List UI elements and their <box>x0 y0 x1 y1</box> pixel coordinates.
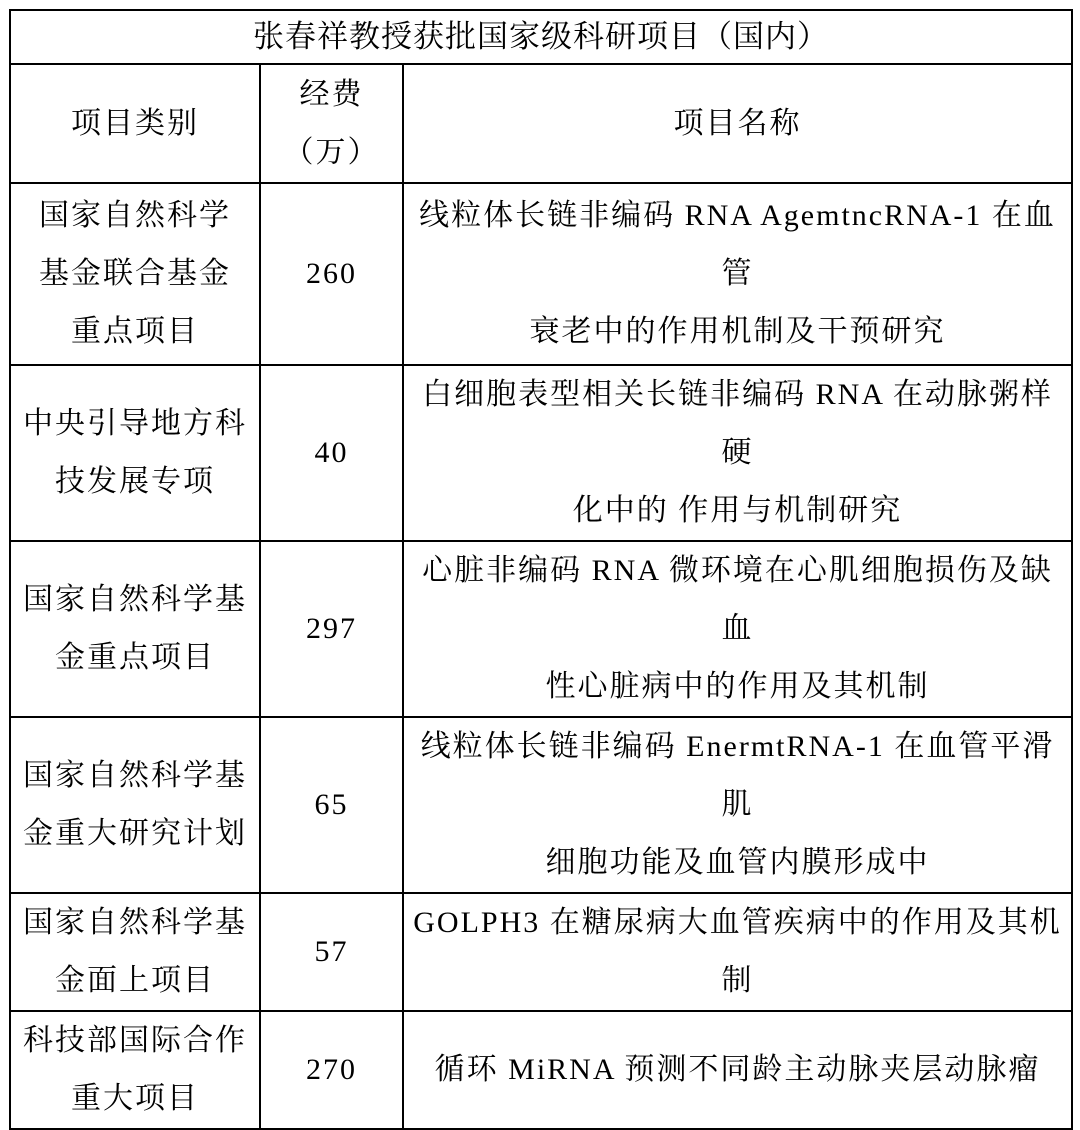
table-header-row: 项目类别 经费 （万） 项目名称 <box>10 64 1072 183</box>
category-cell: 国家自然科学基 金重大研究计划 <box>10 717 260 893</box>
category-cell: 中央引导地方科 技发展专项 <box>10 365 260 541</box>
project-name-cell: 线粒体长链非编码 EnermtRNA-1 在血管平滑肌 细胞功能及血管内膜形成中 <box>403 717 1072 893</box>
funding-cell: 57 <box>260 893 403 1011</box>
funding-cell: 270 <box>260 1011 403 1129</box>
header-project-name: 项目名称 <box>403 64 1072 183</box>
table-row: 中央引导地方科 技发展专项 40 白细胞表型相关长链非编码 RNA 在动脉粥样硬… <box>10 365 1072 541</box>
table-row: 科技部国际合作 重大项目 270 循环 MiRNA 预测不同龄主动脉夹层动脉瘤 <box>10 1011 1072 1129</box>
funding-cell: 40 <box>260 365 403 541</box>
project-name-cell: GOLPH3 在糖尿病大血管疾病中的作用及其机制 <box>403 893 1072 1011</box>
project-name-cell: 白细胞表型相关长链非编码 RNA 在动脉粥样硬 化中的 作用与机制研究 <box>403 365 1072 541</box>
document-page: 张春祥教授获批国家级科研项目（国内） 项目类别 经费 （万） 项目名称 国家自然… <box>0 0 1080 979</box>
project-name-cell: 线粒体长链非编码 RNA AgemtncRNA-1 在血管 衰老中的作用机制及干… <box>403 183 1072 365</box>
table-row: 国家自然科学基 金重大研究计划 65 线粒体长链非编码 EnermtRNA-1 … <box>10 717 1072 893</box>
funding-cell: 297 <box>260 541 403 717</box>
header-funding: 经费 （万） <box>260 64 403 183</box>
project-name-cell: 心脏非编码 RNA 微环境在心肌细胞损伤及缺血 性心脏病中的作用及其机制 <box>403 541 1072 717</box>
category-cell: 科技部国际合作 重大项目 <box>10 1011 260 1129</box>
header-category: 项目类别 <box>10 64 260 183</box>
category-cell: 国家自然科学 基金联合基金 重点项目 <box>10 183 260 365</box>
category-cell: 国家自然科学基 金重点项目 <box>10 541 260 717</box>
project-name-cell: 循环 MiRNA 预测不同龄主动脉夹层动脉瘤 <box>403 1011 1072 1129</box>
table-row: 国家自然科学基 金重点项目 297 心脏非编码 RNA 微环境在心肌细胞损伤及缺… <box>10 541 1072 717</box>
table-title: 张春祥教授获批国家级科研项目（国内） <box>10 10 1072 64</box>
table-row: 国家自然科学 基金联合基金 重点项目 260 线粒体长链非编码 RNA Agem… <box>10 183 1072 365</box>
funding-cell: 260 <box>260 183 403 365</box>
table-title-row: 张春祥教授获批国家级科研项目（国内） <box>10 10 1072 64</box>
research-projects-table: 张春祥教授获批国家级科研项目（国内） 项目类别 经费 （万） 项目名称 国家自然… <box>9 9 1073 1130</box>
table-row: 国家自然科学基 金面上项目 57 GOLPH3 在糖尿病大血管疾病中的作用及其机… <box>10 893 1072 1011</box>
category-cell: 国家自然科学基 金面上项目 <box>10 893 260 1011</box>
funding-cell: 65 <box>260 717 403 893</box>
